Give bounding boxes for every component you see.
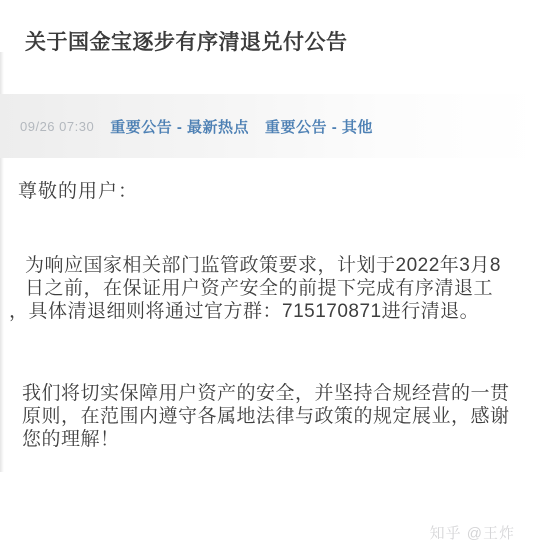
page-title: 关于国金宝逐步有序清退兑付公告 xyxy=(25,26,348,56)
announcement-paragraph-1: 为响应国家相关部门监管政策要求，计划于2022年3月8 日之前，在保证用户资产安… xyxy=(25,254,501,323)
paragraph-2-line-2: 原则，在范围内遵守各属地法律与政策的规定展业，感谢 xyxy=(22,405,510,428)
meta-bar: 09/26 07:30 重要公告 - 最新热点 重要公告 - 其他 xyxy=(0,94,540,158)
paragraph-1-line-2: 日之前，在保证用户资产安全的前提下完成有序清退工 xyxy=(25,277,501,300)
tag-link-important-announcement-other[interactable]: 重要公告 - 其他 xyxy=(265,116,373,137)
paragraph-1-line-3: ，具体清退细则将通过官方群：715170871进行清退。 xyxy=(9,300,501,323)
paragraph-2-line-3: 您的理解！ xyxy=(22,428,510,451)
paragraph-2-line-1: 我们将切实保障用户资产的安全，并坚持合规经营的一贯 xyxy=(22,382,510,405)
tag-link-important-announcement-hot[interactable]: 重要公告 - 最新热点 xyxy=(110,116,249,137)
announcement-page: 关于国金宝逐步有序清退兑付公告 09/26 07:30 重要公告 - 最新热点 … xyxy=(0,0,540,560)
announcement-paragraph-2: 我们将切实保障用户资产的安全，并坚持合规经营的一贯 原则，在范围内遵守各属地法律… xyxy=(22,382,510,451)
salutation: 尊敬的用户： xyxy=(18,176,138,203)
timestamp: 09/26 07:30 xyxy=(20,119,94,134)
zhihu-watermark: 知乎 @王炸 xyxy=(430,522,515,543)
paragraph-1-line-1: 为响应国家相关部门监管政策要求，计划于2022年3月8 xyxy=(25,254,501,277)
